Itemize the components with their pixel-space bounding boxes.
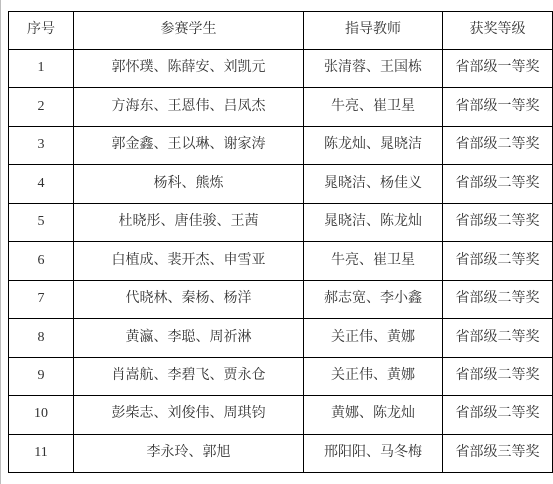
students-cell: 李永玲、郭旭 [74,434,304,472]
teachers-cell: 郝志宽、李小鑫 [304,280,443,318]
table-row: 11 李永玲、郭旭 邢阳阳、马冬梅 省部级三等奖 [9,434,553,472]
row-number-cell: 9 [9,357,74,395]
teachers-cell: 张清蓉、王国栋 [304,50,443,88]
row-number-cell: 10 [9,396,74,434]
row-number-cell: 5 [9,203,74,241]
row-number-cell: 8 [9,319,74,357]
students-cell: 白植成、裴开杰、申雪亚 [74,242,304,280]
col-header-students: 参赛学生 [74,12,304,50]
table-row: 6 白植成、裴开杰、申雪亚 牛亮、崔卫星 省部级二等奖 [9,242,553,280]
students-cell: 杨科、熊炼 [74,165,304,203]
table-header-row: 序号 参赛学生 指导教师 获奖等级 [9,12,553,50]
students-cell: 杜晓彤、唐佳骏、王茜 [74,203,304,241]
award-cell: 省部级二等奖 [443,319,553,357]
col-header-no: 序号 [9,12,74,50]
teachers-cell: 晁晓洁、陈龙灿 [304,203,443,241]
award-cell: 省部级二等奖 [443,396,553,434]
students-cell: 郭金鑫、王以琳、谢家涛 [74,126,304,164]
teachers-cell: 邢阳阳、马冬梅 [304,434,443,472]
teachers-cell: 晁晓洁、杨佳义 [304,165,443,203]
award-cell: 省部级二等奖 [443,280,553,318]
teachers-cell: 陈龙灿、晁晓洁 [304,126,443,164]
row-number-cell: 3 [9,126,74,164]
row-number-cell: 2 [9,88,74,126]
students-cell: 肖嵩航、李碧飞、贾永仓 [74,357,304,395]
row-number-cell: 4 [9,165,74,203]
award-cell: 省部级二等奖 [443,165,553,203]
award-cell: 省部级一等奖 [443,50,553,88]
table-row: 3 郭金鑫、王以琳、谢家涛 陈龙灿、晁晓洁 省部级二等奖 [9,126,553,164]
table-row: 5 杜晓彤、唐佳骏、王茜 晁晓洁、陈龙灿 省部级二等奖 [9,203,553,241]
students-cell: 方海东、王恩伟、吕凤杰 [74,88,304,126]
table-row: 1 郭怀璞、陈薛安、刘凯元 张清蓉、王国栋 省部级一等奖 [9,50,553,88]
award-cell: 省部级一等奖 [443,88,553,126]
award-cell: 省部级二等奖 [443,357,553,395]
students-cell: 郭怀璞、陈薛安、刘凯元 [74,50,304,88]
table-row: 2 方海东、王恩伟、吕凤杰 牛亮、崔卫星 省部级一等奖 [9,88,553,126]
table-row: 4 杨科、熊炼 晁晓洁、杨佳义 省部级二等奖 [9,165,553,203]
award-cell: 省部级二等奖 [443,126,553,164]
students-cell: 黄瀛、李聪、周祈淋 [74,319,304,357]
row-number-cell: 1 [9,50,74,88]
students-cell: 彭柴志、刘俊伟、周琪钧 [74,396,304,434]
col-header-award: 获奖等级 [443,12,553,50]
row-number-cell: 11 [9,434,74,472]
table-row: 7 代晓林、秦杨、杨洋 郝志宽、李小鑫 省部级二等奖 [9,280,553,318]
table-row: 8 黄瀛、李聪、周祈淋 关正伟、黄娜 省部级二等奖 [9,319,553,357]
table-row: 9 肖嵩航、李碧飞、贾永仓 关正伟、黄娜 省部级二等奖 [9,357,553,395]
award-cell: 省部级三等奖 [443,434,553,472]
teachers-cell: 关正伟、黄娜 [304,357,443,395]
teachers-cell: 黄娜、陈龙灿 [304,396,443,434]
col-header-teachers: 指导教师 [304,12,443,50]
award-cell: 省部级二等奖 [443,242,553,280]
row-number-cell: 6 [9,242,74,280]
teachers-cell: 牛亮、崔卫星 [304,88,443,126]
award-cell: 省部级二等奖 [443,203,553,241]
students-cell: 代晓林、秦杨、杨洋 [74,280,304,318]
row-number-cell: 7 [9,280,74,318]
table-row: 10 彭柴志、刘俊伟、周琪钧 黄娜、陈龙灿 省部级二等奖 [9,396,553,434]
award-table: 序号 参赛学生 指导教师 获奖等级 1 郭怀璞、陈薛安、刘凯元 张清蓉、王国栋 … [8,11,553,473]
teachers-cell: 牛亮、崔卫星 [304,242,443,280]
teachers-cell: 关正伟、黄娜 [304,319,443,357]
page-edge-line [0,0,1,484]
